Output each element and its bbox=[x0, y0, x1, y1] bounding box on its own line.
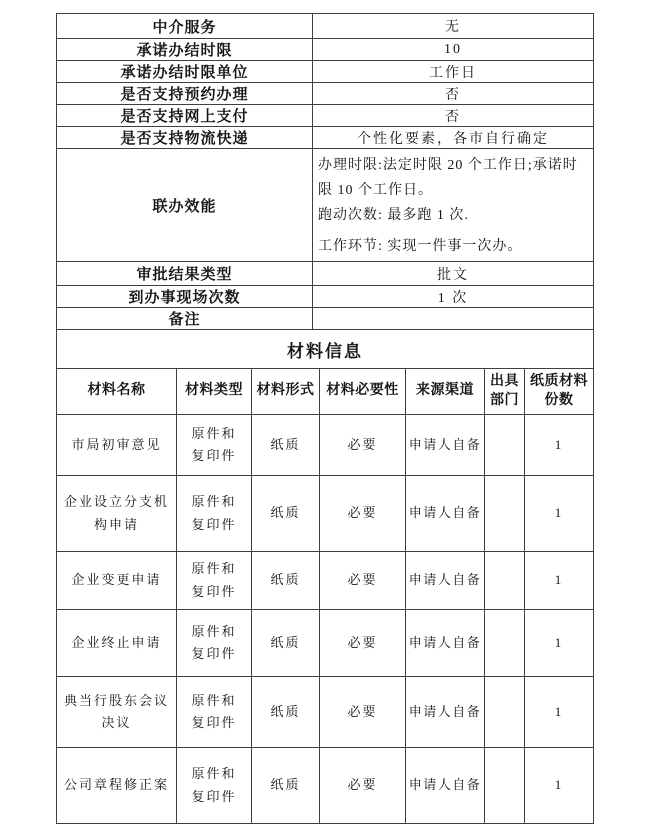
material-necessity-cell: 必要 bbox=[320, 552, 406, 610]
info-value-cell: 工作日 bbox=[313, 61, 594, 83]
service-info-table: 中介服务 无 承诺办结时限 10 承诺办结时限单位 工作日 是否支持预约办理 否… bbox=[56, 13, 594, 330]
info-label-cell: 审批结果类型 bbox=[57, 262, 313, 286]
material-name-cell: 市局初审意见 bbox=[57, 415, 177, 476]
materials-section-row: 材料信息 bbox=[57, 330, 594, 369]
material-name-cell: 典当行股东会议决议 bbox=[57, 677, 177, 748]
info-row: 是否支持物流快递 个性化要素，各市自行确定 bbox=[57, 127, 594, 149]
material-necessity-cell: 必要 bbox=[320, 748, 406, 824]
materials-header-issuing-dept: 出具部门 bbox=[485, 369, 525, 415]
material-form-cell: 纸质 bbox=[252, 476, 320, 552]
material-type-cell: 原件和复印件 bbox=[177, 415, 252, 476]
info-value-cell: 个性化要素，各市自行确定 bbox=[313, 127, 594, 149]
materials-header-paper-copies: 纸质材料份数 bbox=[525, 369, 594, 415]
materials-row: 企业终止申请 原件和复印件 纸质 必要 申请人自备 1 bbox=[57, 610, 594, 677]
material-issuing-dept-cell bbox=[485, 552, 525, 610]
material-necessity-cell: 必要 bbox=[320, 415, 406, 476]
materials-header-necessity: 材料必要性 bbox=[320, 369, 406, 415]
materials-row: 公司章程修正案 原件和复印件 纸质 必要 申请人自备 1 bbox=[57, 748, 594, 824]
materials-row: 市局初审意见 原件和复印件 纸质 必要 申请人自备 1 bbox=[57, 415, 594, 476]
material-issuing-dept-cell bbox=[485, 677, 525, 748]
info-row: 是否支持网上支付 否 bbox=[57, 105, 594, 127]
info-row: 承诺办结时限 10 bbox=[57, 39, 594, 61]
info-row: 备注 bbox=[57, 308, 594, 330]
material-copies-cell: 1 bbox=[525, 476, 594, 552]
info-label-cell: 中介服务 bbox=[57, 14, 313, 39]
material-source-cell: 申请人自备 bbox=[406, 677, 485, 748]
material-form-cell: 纸质 bbox=[252, 610, 320, 677]
material-type-cell: 原件和复印件 bbox=[177, 748, 252, 824]
info-label-cell: 是否支持网上支付 bbox=[57, 105, 313, 127]
material-form-cell: 纸质 bbox=[252, 677, 320, 748]
material-issuing-dept-cell bbox=[485, 748, 525, 824]
material-form-cell: 纸质 bbox=[252, 748, 320, 824]
material-name-cell: 公司章程修正案 bbox=[57, 748, 177, 824]
info-value-cell bbox=[313, 308, 594, 330]
material-source-cell: 申请人自备 bbox=[406, 610, 485, 677]
material-type-cell: 原件和复印件 bbox=[177, 552, 252, 610]
material-source-cell: 申请人自备 bbox=[406, 552, 485, 610]
joint-efficiency-line: 办理时限:法定时限 20 个工作日;承诺时限 10 个工作日。 bbox=[318, 153, 589, 203]
info-row: 中介服务 无 bbox=[57, 14, 594, 39]
material-type-cell: 原件和复印件 bbox=[177, 610, 252, 677]
materials-header-type: 材料类型 bbox=[177, 369, 252, 415]
materials-table: 材料信息 材料名称 材料类型 材料形式 材料必要性 来源渠道 出具部门 纸质材料… bbox=[56, 329, 594, 824]
material-copies-cell: 1 bbox=[525, 415, 594, 476]
info-value-cell: 无 bbox=[313, 14, 594, 39]
material-form-cell: 纸质 bbox=[252, 552, 320, 610]
info-label-cell: 承诺办结时限单位 bbox=[57, 61, 313, 83]
info-value-cell: 1 次 bbox=[313, 286, 594, 308]
info-label-cell: 是否支持物流快递 bbox=[57, 127, 313, 149]
materials-row: 企业设立分支机构申请 原件和复印件 纸质 必要 申请人自备 1 bbox=[57, 476, 594, 552]
info-label-cell: 联办效能 bbox=[57, 149, 313, 262]
joint-efficiency-value-cell: 办理时限:法定时限 20 个工作日;承诺时限 10 个工作日。 跑动次数: 最多… bbox=[313, 149, 594, 262]
materials-row: 企业变更申请 原件和复印件 纸质 必要 申请人自备 1 bbox=[57, 552, 594, 610]
material-necessity-cell: 必要 bbox=[320, 677, 406, 748]
materials-header-name: 材料名称 bbox=[57, 369, 177, 415]
info-label-cell: 备注 bbox=[57, 308, 313, 330]
material-copies-cell: 1 bbox=[525, 748, 594, 824]
materials-header-form: 材料形式 bbox=[252, 369, 320, 415]
material-issuing-dept-cell bbox=[485, 476, 525, 552]
material-type-cell: 原件和复印件 bbox=[177, 476, 252, 552]
info-value-cell: 否 bbox=[313, 83, 594, 105]
material-source-cell: 申请人自备 bbox=[406, 415, 485, 476]
materials-header-row: 材料名称 材料类型 材料形式 材料必要性 来源渠道 出具部门 纸质材料份数 bbox=[57, 369, 594, 415]
material-name-cell: 企业变更申请 bbox=[57, 552, 177, 610]
info-label-cell: 承诺办结时限 bbox=[57, 39, 313, 61]
material-issuing-dept-cell bbox=[485, 415, 525, 476]
material-name-cell: 企业终止申请 bbox=[57, 610, 177, 677]
joint-efficiency-line: 工作环节: 实现一件事一次办。 bbox=[318, 234, 589, 259]
material-issuing-dept-cell bbox=[485, 610, 525, 677]
info-value-cell: 10 bbox=[313, 39, 594, 61]
info-row: 到办事现场次数 1 次 bbox=[57, 286, 594, 308]
material-copies-cell: 1 bbox=[525, 610, 594, 677]
info-label-cell: 到办事现场次数 bbox=[57, 286, 313, 308]
joint-efficiency-line: 跑动次数: 最多跑 1 次. bbox=[318, 203, 589, 228]
material-source-cell: 申请人自备 bbox=[406, 476, 485, 552]
info-row: 审批结果类型 批文 bbox=[57, 262, 594, 286]
info-row: 是否支持预约办理 否 bbox=[57, 83, 594, 105]
info-value-cell: 否 bbox=[313, 105, 594, 127]
materials-row: 典当行股东会议决议 原件和复印件 纸质 必要 申请人自备 1 bbox=[57, 677, 594, 748]
material-copies-cell: 1 bbox=[525, 552, 594, 610]
service-guide-document: 中介服务 无 承诺办结时限 10 承诺办结时限单位 工作日 是否支持预约办理 否… bbox=[56, 13, 593, 824]
info-value-cell: 批文 bbox=[313, 262, 594, 286]
materials-section-title: 材料信息 bbox=[57, 330, 594, 369]
material-necessity-cell: 必要 bbox=[320, 610, 406, 677]
info-row: 承诺办结时限单位 工作日 bbox=[57, 61, 594, 83]
info-label-cell: 是否支持预约办理 bbox=[57, 83, 313, 105]
material-name-cell: 企业设立分支机构申请 bbox=[57, 476, 177, 552]
material-type-cell: 原件和复印件 bbox=[177, 677, 252, 748]
material-necessity-cell: 必要 bbox=[320, 476, 406, 552]
materials-header-source: 来源渠道 bbox=[406, 369, 485, 415]
material-source-cell: 申请人自备 bbox=[406, 748, 485, 824]
material-form-cell: 纸质 bbox=[252, 415, 320, 476]
info-row-joint-efficiency: 联办效能 办理时限:法定时限 20 个工作日;承诺时限 10 个工作日。 跑动次… bbox=[57, 149, 594, 262]
material-copies-cell: 1 bbox=[525, 677, 594, 748]
